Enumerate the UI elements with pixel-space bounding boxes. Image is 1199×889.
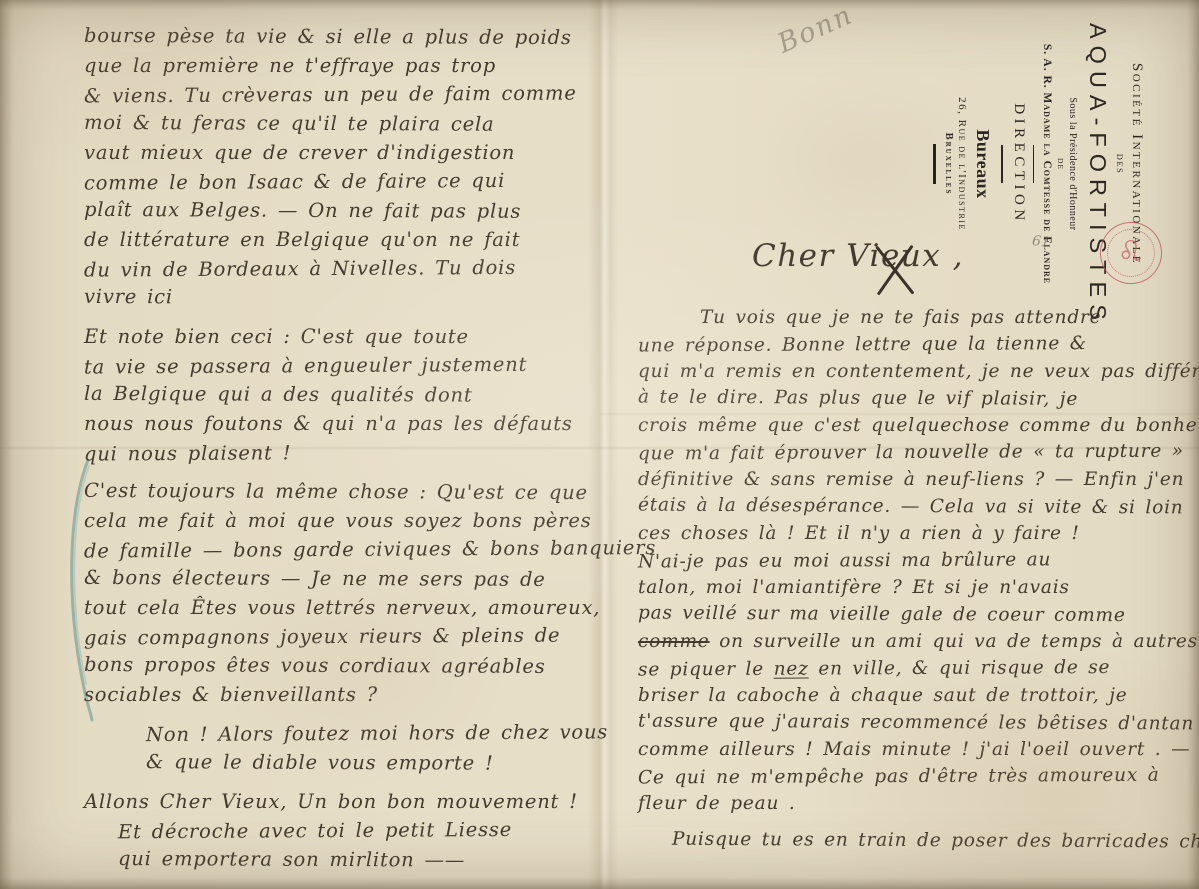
handwritten-line: sociables & bienveillants ?: [84, 680, 589, 709]
handwritten-line: ces choses là ! Et il n'y a rien à y fai…: [638, 520, 1190, 547]
handwritten-line: tout cela Êtes vous lettrés nerveux, amo…: [84, 593, 589, 622]
handwritten-line: bourse pèse ta vie & si elle a plus de p…: [84, 21, 589, 52]
handwritten-line: moi & tu feras ce qu'il te plaira cela: [84, 108, 589, 139]
handwritten-line: gais compagnons joyeux rieurs & pleins d…: [84, 620, 589, 652]
handwritten-line: que m'a fait éprouver la nouvelle de « t…: [638, 438, 1190, 468]
handwritten-line: & viens. Tu crèveras un peu de faim comm…: [84, 78, 589, 110]
handwritten-line: qui emportera son mirliton ——: [84, 844, 589, 875]
handwritten-line: Tu vois que je ne te fais pas attendre: [638, 304, 1190, 331]
letterhead-de: DE: [1056, 23, 1065, 305]
handwritten-line: définitive & sans remise à neuf-liens ? …: [638, 466, 1190, 493]
handwritten-line: t'assure que j'aurais recommencé les bêt…: [638, 708, 1190, 738]
handwritten-line: la Belgique qui a des qualités dont: [84, 379, 589, 410]
letterhead-rule: [1001, 145, 1002, 183]
handwritten-line: comme ailleurs ! Mais minute ! j'ai l'oe…: [638, 736, 1190, 763]
handwritten-line: comme on surveille un ami qui va de temp…: [638, 628, 1190, 655]
letterhead-presidence: Sous la Présidence d'Honneur: [1067, 23, 1078, 305]
handwritten-line: talon, moi l'amiantifère ? Et si je n'av…: [638, 574, 1190, 601]
handwritten-line: de littérature en Belgique qu'on ne fait: [84, 225, 589, 254]
left-page-text: bourse pèse ta vie & si elle a plus de p…: [84, 22, 589, 874]
handwritten-line: Et note bien ceci : C'est que toute: [84, 322, 589, 351]
handwritten-line: & bons électeurs — Je ne me sers pas de: [84, 563, 589, 594]
handwritten-line: vivre ici: [84, 282, 589, 313]
handwritten-line: une réponse. Bonne lettre que la tienne …: [638, 330, 1190, 360]
handwritten-line: plaît aux Belges. — On ne fait pas plus: [84, 195, 589, 226]
handwritten-line: pas veillé sur ma vieille gale de coeur …: [638, 600, 1190, 630]
handwritten-line: Allons Cher Vieux, Un bon bon mouvement …: [84, 787, 589, 816]
handwritten-line: qui m'a remis en contentement, je ne veu…: [638, 358, 1190, 385]
letterhead-direction: DIRECTION: [1010, 23, 1027, 305]
handwritten-line: ta vie se passera à engueuler justement: [84, 349, 589, 381]
handwritten-line: briser la caboche à chaque saut de trott…: [638, 682, 1190, 709]
handwritten-line: C'est toujours la même chose : Qu'est ce…: [84, 476, 589, 507]
handwritten-line: Puisque tu es en train de poser des barr…: [638, 826, 1190, 856]
handwritten-line: vaut mieux que de crever d'indigestion: [84, 138, 589, 167]
handwritten-line: Et décroche avec toi le petit Liesse: [84, 814, 589, 846]
right-page-text: Tu vois que je ne te fais pas attendreun…: [638, 304, 1190, 854]
letterhead-rule: [1033, 145, 1034, 183]
letter-scan: bourse pèse ta vie & si elle a plus de p…: [0, 0, 1199, 889]
handwritten-line: N'ai-je pas eu moi aussi ma brûlure au: [638, 546, 1190, 576]
handwritten-line: du vin de Bordeaux à Nivelles. Tu dois: [84, 252, 589, 284]
pencil-page-number: 61: [1031, 233, 1050, 251]
handwritten-line: comme le bon Isaac & de faire ce qui: [84, 165, 589, 197]
handwritten-line: bons propos êtes vous cordiaux agréables: [84, 650, 589, 681]
handwritten-line: Non ! Alors foutez moi hors de chez vous: [84, 717, 589, 749]
handwritten-line: cela me fait à moi que vous soyez bons p…: [84, 506, 589, 535]
handwritten-line: à te le dire. Pas plus que le vif plaisi…: [638, 384, 1190, 414]
handwritten-line: de famille — bons garde civiques & bons …: [84, 533, 589, 565]
handwritten-line: que la première ne t'effraye pas trop: [84, 51, 589, 80]
handwritten-line: se piquer le nez en ville, & qui risque …: [638, 654, 1190, 684]
handwritten-line: étais à la désespérance. — Cela va si vi…: [638, 492, 1190, 522]
handwritten-line: crois même que c'est quelquechose comme …: [638, 412, 1190, 439]
letterhead-patron: S. A. R. Madame la Comtesse de Flandre: [1041, 23, 1053, 305]
handwritten-line: qui nous plaisent !: [84, 436, 589, 468]
handwritten-line: & que le diable vous emporte !: [84, 747, 589, 778]
salutation: Cher Vieux ,: [752, 238, 964, 274]
letterhead-rule-thick: [933, 144, 937, 184]
handwritten-line: nous nous foutons & qui n'a pas les défa…: [84, 409, 589, 438]
handwritten-line: Ce qui ne m'empêche pas d'être très amou…: [638, 762, 1190, 792]
handwritten-line: fleur de peau .: [638, 790, 1190, 817]
letterhead-bureaux: Bureaux: [972, 23, 993, 305]
